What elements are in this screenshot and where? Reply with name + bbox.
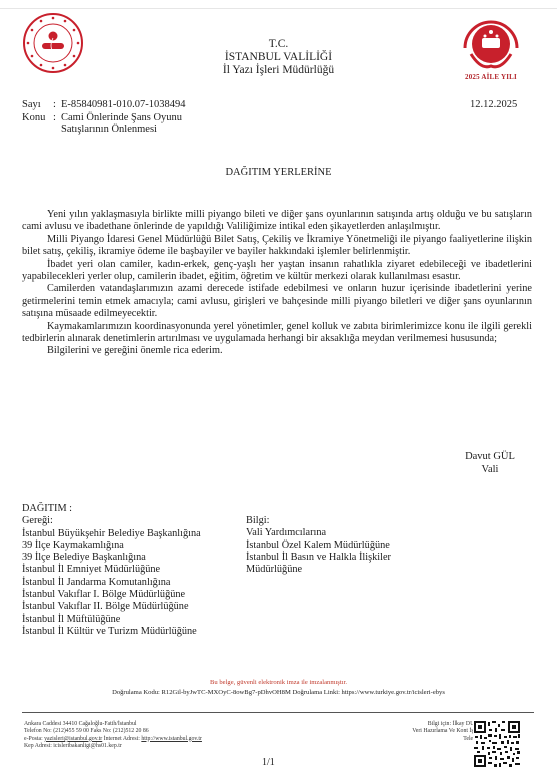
top-border bbox=[0, 8, 557, 9]
document-meta: Sayı : E-85840981-010.07-1038494 Konu : … bbox=[22, 99, 186, 137]
action-item: İstanbul İl Müftülüğüne bbox=[22, 614, 201, 626]
signature-block: Davut GÜL Vali bbox=[445, 451, 535, 476]
body-paragraph: Bilgilerini ve gereğini önemle rica eder… bbox=[22, 345, 532, 357]
info-item: İstanbul Özel Kalem Müdürlüğüne bbox=[246, 540, 446, 552]
action-item: 39 İlçe Kaymakamlığına bbox=[22, 540, 201, 552]
info-item: İstanbul İl Basın ve Halkla İlişkiler Mü… bbox=[246, 552, 446, 577]
footer-divider bbox=[22, 712, 534, 713]
distribution-list: DAĞITIM : Gereği: İstanbul Büyükşehir Be… bbox=[22, 503, 201, 638]
action-label: Gereği: bbox=[22, 515, 201, 527]
body-paragraph: İbadet yeri olan camiler, kadın-erkek, g… bbox=[22, 259, 532, 284]
body-paragraph: Camilerden vatandaşlarımızın azami derec… bbox=[22, 283, 532, 320]
signatory-name: Davut GÜL bbox=[445, 451, 535, 464]
qr-code-icon bbox=[473, 720, 521, 768]
subject-line-1: Cami Önlerinde Şans Oyunu bbox=[61, 112, 182, 125]
number-label: Sayı bbox=[22, 99, 53, 112]
email-link[interactable]: yazisleri@istanbul.gov.tr bbox=[44, 736, 102, 742]
footer-address: Ankara Caddesi 34410 Cağaloğlu-Fatih/İst… bbox=[24, 721, 202, 750]
phone-line: Telefon No: (212)455 59 00 Faks No: (212… bbox=[24, 728, 202, 735]
body-paragraph: Yeni yılın yaklaşmasıyla birlikte milli … bbox=[22, 209, 532, 234]
contact-line: e-Posta: yazisleri@istanbul.gov.tr İnter… bbox=[24, 736, 202, 743]
body-paragraph: Milli Piyango İdaresi Genel Müdürlüğü Bi… bbox=[22, 234, 532, 259]
action-item: İstanbul İl Emniyet Müdürlüğüne bbox=[22, 564, 201, 576]
esign-notice: Bu belge, güvenli elektronik imza ile im… bbox=[0, 679, 557, 686]
subject-line-2: Satışlarının Önlenmesi bbox=[61, 124, 157, 137]
contact-role: Veri Hazırlama Ve Kont İşletmeni bbox=[340, 728, 491, 735]
document-number: E-85840981-010.07-1038494 bbox=[61, 99, 186, 112]
page-number: 1/1 bbox=[262, 757, 275, 768]
action-item: İstanbul Vakıflar II. Bölge Müdürlüğüne bbox=[22, 601, 201, 613]
action-item: 39 İlçe Belediye Başkanlığına bbox=[22, 552, 201, 564]
action-item: İstanbul Vakıflar I. Bölge Müdürlüğüne bbox=[22, 589, 201, 601]
verification-code: Doğrulama Kodu: R12Gil-byJwTC-MXOyC-8owB… bbox=[0, 689, 557, 696]
distribution-heading: DAĞITIM : bbox=[22, 503, 201, 515]
contact-phone: Telefon No: bbox=[340, 736, 491, 743]
footer-contact: Bilgi için: İlkay DURMAZ Veri Hazırlama … bbox=[340, 721, 491, 743]
family-year-caption: 2025 AİLE YILI bbox=[455, 73, 527, 81]
letter-body: Yeni yılın yaklaşmasıyla birlikte milli … bbox=[22, 209, 532, 358]
action-item: İstanbul İl Jandarma Komutanlığına bbox=[22, 577, 201, 589]
subject-label: Konu bbox=[22, 112, 53, 125]
document-date: 12.12.2025 bbox=[470, 99, 517, 110]
action-item: İstanbul Büyükşehir Belediye Başkanlığın… bbox=[22, 528, 201, 540]
kep-line: Kep Adresi: icisleribakanligi@hs01.kep.t… bbox=[24, 743, 202, 750]
info-label: Bilgi: bbox=[246, 515, 446, 527]
website-link[interactable]: http://www.istanbul.gov.tr bbox=[141, 736, 202, 742]
signatory-title: Vali bbox=[445, 464, 535, 477]
info-item: Vali Yardımcılarına bbox=[246, 527, 446, 539]
info-list: Bilgi: Vali Yardımcılarına İstanbul Özel… bbox=[246, 515, 446, 576]
body-paragraph: Kaymakamlarımızın koordinasyonunda yerel… bbox=[22, 321, 532, 346]
action-item: İstanbul İl Kültür ve Turizm Müdürlüğüne bbox=[22, 626, 201, 638]
distribution-title: DAĞITIM YERLERİNE bbox=[0, 167, 557, 178]
